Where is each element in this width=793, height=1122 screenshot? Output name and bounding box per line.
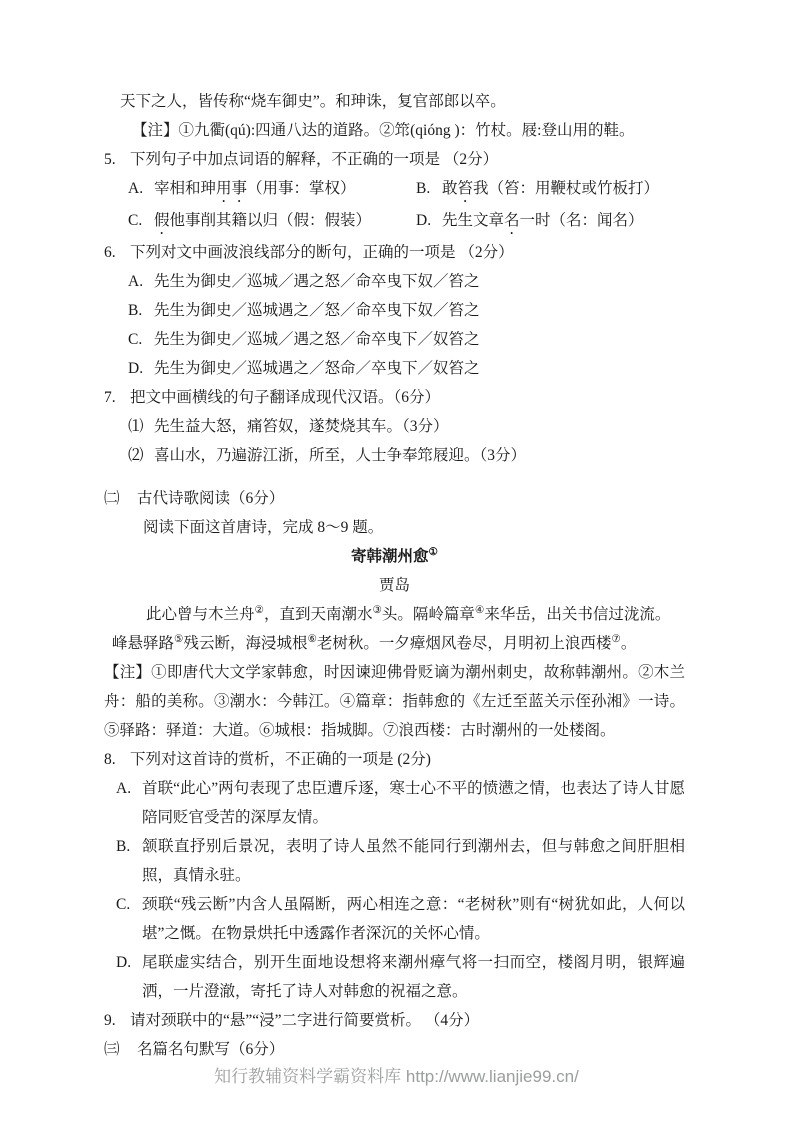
question-stem: 下列句子中加点词语的解释，不正确的一项是 （2分） [130, 145, 685, 174]
question-7: 7. 把文中画横线的句子翻译成现代汉语。（6分） [104, 383, 685, 412]
question-9: 9. 请对颈联中的“悬”“浸”二字进行简要赏析。 （4分） [104, 1006, 685, 1035]
part-label: ⑵ [128, 441, 154, 470]
section-2-heading: ㈡ 古代诗歌阅读（6分） [104, 484, 685, 513]
footnote-marker: ③ [372, 605, 381, 616]
emphasized-word: 假 [154, 212, 170, 229]
option-label: D. [128, 354, 154, 383]
question-stem: 下列对文中画波浪线部分的断句，正确的一项是 （2分） [130, 238, 685, 267]
option-label: A. [128, 174, 154, 206]
question-number: 9. [104, 1006, 130, 1035]
poem-title: 寄韩潮州愈① [104, 542, 685, 571]
option-label: C. [128, 206, 154, 238]
option-label: D. [416, 206, 442, 238]
q8-option-b: B. 颔联直抒别后景况，表明了诗人虽然不能同行到潮州去，但与韩愈之间肝胆相照，真… [116, 832, 685, 890]
poem-line-2: 峰悬驿路⑤残云断，海浸城根⑥老树秋。一夕瘴烟风卷尽，月明初上浪西楼⑦。 [104, 629, 685, 658]
question-stem: 请对颈联中的“悬”“浸”二字进行简要赏析。 （4分） [130, 1006, 685, 1035]
emphasized-word: 名 [504, 212, 520, 229]
footer-watermark: 知行教辅资料学霸资料库 http://www.lianjie99.cn/ [0, 1062, 793, 1091]
option-text: 先生为御史／巡城／遇之怒／命卒曳下奴／笞之 [154, 267, 480, 296]
option-text: 颔联直抒别后景况，表明了诗人虽然不能同行到潮州去，但与韩愈之间肝胆相照，真情永驻… [142, 832, 685, 890]
q8-option-d: D. 尾联虚实结合，别开生面地设想将来潮州瘴气将一扫而空，楼阁月明，银辉遍洒，一… [116, 948, 685, 1006]
question-8: 8. 下列对这首诗的赏析，不正确的一项是 (2分) [104, 745, 685, 774]
section-3-heading: ㈢ 名篇名句默写（6分） [104, 1035, 685, 1064]
option-label: A. [116, 774, 142, 832]
question-number: 6. [104, 238, 130, 267]
option-label: C. [116, 890, 142, 948]
option-label: D. [116, 948, 142, 1006]
poem-line-1: 此心曾与木兰舟②，直到天南潮水③头。隔岭篇章④来华岳，出关书信过泷流。 [104, 600, 685, 629]
q7-part-2: ⑵ 喜山水，乃遍游江浙，所至，人士争奉筇屐迎。（3分） [128, 441, 685, 470]
section-title: 名篇名句默写（6分） [137, 1035, 284, 1064]
footnote-marker: ⑦ [611, 634, 620, 645]
q6-option-d: D. 先生为御史／巡城遇之／怒命／卒曳下／奴笞之 [128, 354, 685, 383]
section-2-intro: 阅读下面这首唐诗，完成 8～9 题。 [143, 513, 685, 542]
q8-option-a: A. 首联“此心”两句表现了忠臣遭斥逐，寒士心不平的愤懑之情，也表达了诗人甘愿陪… [116, 774, 685, 832]
q5-option-a: A. 宰相和珅用事（用事：掌权） [128, 174, 416, 206]
q8-option-c: C. 颈联“残云断”内含人虽隔断，两心相连之意：“老树秋”则有“树犹如此，人何以… [116, 890, 685, 948]
option-text: 首联“此心”两句表现了忠臣遭斥逐，寒士心不平的愤懑之情，也表达了诗人甘愿陪同贬官… [142, 774, 685, 832]
question-stem: 把文中画横线的句子翻译成现代汉语。（6分） [130, 383, 685, 412]
option-text: 尾联虚实结合，别开生面地设想将来潮州瘴气将一扫而空，楼阁月明，银辉遍洒，一片澄澈… [142, 948, 685, 1006]
q5-option-d: D. 先生文章名一时（名：闻名） [416, 206, 644, 238]
part-text: 先生益大怒，痛笞奴，遂焚烧其车。（3分） [154, 412, 449, 441]
section-gap [104, 470, 685, 484]
option-text: 颈联“残云断”内含人虽隔断，两心相连之意：“老树秋”则有“树犹如此，人何以堪”之… [142, 890, 685, 948]
option-text: 先生为御史／巡城遇之／怒／命卒曳下奴／笞之 [154, 296, 480, 325]
option-text: 先生为御史／巡城遇之／怒命／卒曳下／奴笞之 [154, 354, 480, 383]
poem-author: 贾岛 [104, 571, 685, 600]
section-label: ㈡ [104, 484, 137, 513]
q5-option-b: B. 敢笞我（笞：用鞭杖或竹板打） [416, 174, 659, 206]
option-text: 先生文章名一时（名：闻名） [442, 206, 644, 238]
option-text: 敢笞我（笞：用鞭杖或竹板打） [442, 174, 659, 206]
footnote-marker: ① [429, 547, 438, 558]
option-label: B. [116, 832, 142, 890]
q7-part-1: ⑴ 先生益大怒，痛笞奴，遂焚烧其车。（3分） [128, 412, 685, 441]
question-number: 8. [104, 745, 130, 774]
footer-link[interactable]: 知行教辅资料学霸资料库 http://www.lianjie99.cn/ [214, 1067, 579, 1086]
passage-line: 天下之人，皆传称“烧车御史”。和珅诛，复官部郎以卒。 [120, 87, 685, 116]
question-5: 5. 下列句子中加点词语的解释，不正确的一项是 （2分） [104, 145, 685, 174]
emphasized-word: 用事 [216, 180, 247, 197]
question-6: 6. 下列对文中画波浪线部分的断句，正确的一项是 （2分） [104, 238, 685, 267]
footnote-marker: ② [255, 605, 264, 616]
option-label: A. [128, 267, 154, 296]
question-number: 7. [104, 383, 130, 412]
poem-note: 【注】①即唐代大文学家韩愈，时因谏迎佛骨贬谪为潮州刺史，故称韩潮州。②木兰舟：船… [104, 658, 685, 745]
option-text: 先生为御史／巡城／遇之怒／命卒曳下／奴笞之 [154, 325, 480, 354]
option-text: 假他事削其籍以归（假：假装） [154, 206, 371, 238]
q6-option-c: C. 先生为御史／巡城／遇之怒／命卒曳下／奴笞之 [128, 325, 685, 354]
question-number: 5. [104, 145, 130, 174]
q5-option-row-cd: C. 假他事削其籍以归（假：假装） D. 先生文章名一时（名：闻名） [128, 206, 685, 238]
passage-note: 【注】①九衢(qú):四通八达的道路。②筇(qióng )：竹杖。屐:登山用的鞋… [132, 116, 685, 145]
footnote-marker: ⑥ [307, 634, 316, 645]
part-label: ⑴ [128, 412, 154, 441]
q5-option-c: C. 假他事削其籍以归（假：假装） [128, 206, 416, 238]
q6-option-b: B. 先生为御史／巡城遇之／怒／命卒曳下奴／笞之 [128, 296, 685, 325]
section-label: ㈢ [104, 1035, 137, 1064]
section-title: 古代诗歌阅读（6分） [137, 484, 284, 513]
q5-option-row-ab: A. 宰相和珅用事（用事：掌权） B. 敢笞我（笞：用鞭杖或竹板打） [128, 174, 685, 206]
q6-option-a: A. 先生为御史／巡城／遇之怒／命卒曳下奴／笞之 [128, 267, 685, 296]
option-label: B. [416, 174, 442, 206]
question-stem: 下列对这首诗的赏析，不正确的一项是 (2分) [130, 745, 685, 774]
footnote-marker: ④ [475, 605, 484, 616]
option-label: B. [128, 296, 154, 325]
exam-page: 天下之人，皆传称“烧车御史”。和珅诛，复官部郎以卒。 【注】①九衢(qú):四通… [0, 0, 793, 1122]
option-label: C. [128, 325, 154, 354]
emphasized-word: 笞 [458, 180, 474, 197]
part-text: 喜山水，乃遍游江浙，所至，人士争奉筇屐迎。（3分） [154, 441, 526, 470]
option-text: 宰相和珅用事（用事：掌权） [154, 174, 356, 206]
